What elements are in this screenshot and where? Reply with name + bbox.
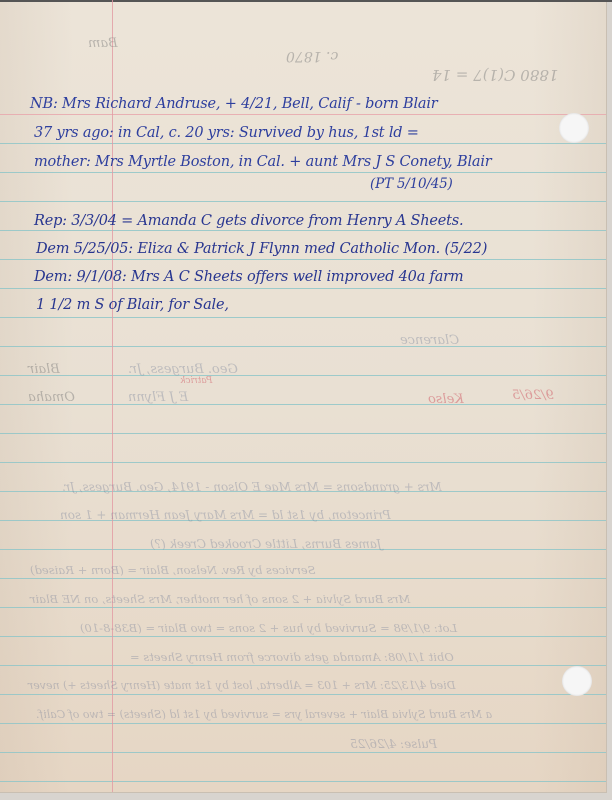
notebook-page: Bam c. 1870 1880 C(1)7 = 14 NB: Mrs Rich… [0, 0, 607, 793]
bleed-text: Geo. Burgess, Jr. [128, 362, 238, 377]
note-line-1: NB: Mrs Richard Andruse, + 4/21, Bell, C… [30, 96, 438, 112]
ruled-line [0, 781, 606, 782]
note-line-6: Dem 5/25/05: Eliza & Patrick J Flynn med… [36, 241, 487, 257]
bleed-text: Mrs Burd Sylvia + 2 sons of her mother, … [30, 592, 410, 606]
bleed-text: Obit 1/1/08: Amanda gets divorce from He… [130, 650, 454, 664]
bleed-text: Lot: 9/1/98 = Survived by hus + 2 sons =… [80, 621, 457, 635]
note-line-4-citation: (PT 5/10/45) [370, 176, 453, 192]
pencil-note-right: 1880 C(1)7 = 14 [432, 66, 558, 84]
ruled-line [0, 259, 606, 260]
bleed-text: Kelso [428, 392, 464, 407]
bleed-text: Princeton, by 1st ld = Mrs Mary Jean Her… [60, 508, 391, 522]
ruled-line [0, 172, 606, 173]
bleed-text: Patrick [180, 376, 212, 386]
ruled-line [0, 636, 606, 637]
ruled-line [0, 694, 606, 695]
note-line-8: 1 1/2 m S of Blair, for Sale, [36, 297, 229, 313]
ruled-line [0, 578, 606, 579]
margin-line [112, 0, 113, 792]
top-rule-red [0, 114, 606, 115]
ruled-line [0, 317, 606, 318]
punch-hole-bottom [562, 666, 592, 696]
bleed-text: a Mrs Burd Sylvia Blair + several yrs = … [36, 708, 492, 721]
pencil-note-center: c. 1870 [286, 48, 338, 64]
note-line-3: mother: Mrs Myrtle Boston, in Cal. + aun… [34, 154, 492, 170]
ruled-line [0, 288, 606, 289]
ruled-line [0, 230, 606, 231]
ruled-line [0, 346, 606, 347]
ruled-line [0, 433, 606, 434]
bleed-text: Clarence [400, 333, 459, 348]
ruled-line [0, 375, 606, 376]
note-line-5: Rep: 3/3/04 = Amanda C gets divorce from… [34, 213, 463, 229]
bleed-text: Omaha [28, 390, 75, 405]
ruled-line [0, 201, 606, 202]
punch-hole-top [559, 113, 589, 143]
ruled-line [0, 404, 606, 405]
pencil-note-left: Bam [88, 36, 118, 51]
bleed-text: Mrs + grandsons = Mrs Mae E Olson - 1914… [62, 480, 442, 494]
ruled-line [0, 462, 606, 463]
bleed-text: Pulse: 4/26/25 [350, 737, 437, 751]
ruled-line [0, 752, 606, 753]
ruled-line [0, 723, 606, 724]
ruled-line [0, 143, 606, 144]
bleed-text: E J Flynn [128, 390, 188, 405]
ruled-line [0, 607, 606, 608]
bleed-text: James Burns, Little Crooked Creek (?) [150, 537, 382, 551]
bleed-text: Died 4/13/25: Mrs + 103 = Alberta, lost … [28, 679, 455, 692]
bleed-text: Blair [28, 362, 60, 377]
bleed-text: 9/26/5 [512, 388, 554, 403]
ruled-line [0, 665, 606, 666]
scan-top-edge [0, 0, 612, 2]
note-line-2: 37 yrs ago: in Cal, c. 20 yrs: Survived … [34, 125, 419, 141]
bleed-text: Services by Rev. Nelson, Blair = (Born +… [30, 563, 316, 577]
note-line-7: Dem: 9/1/08: Mrs A C Sheets offers well … [34, 269, 463, 285]
